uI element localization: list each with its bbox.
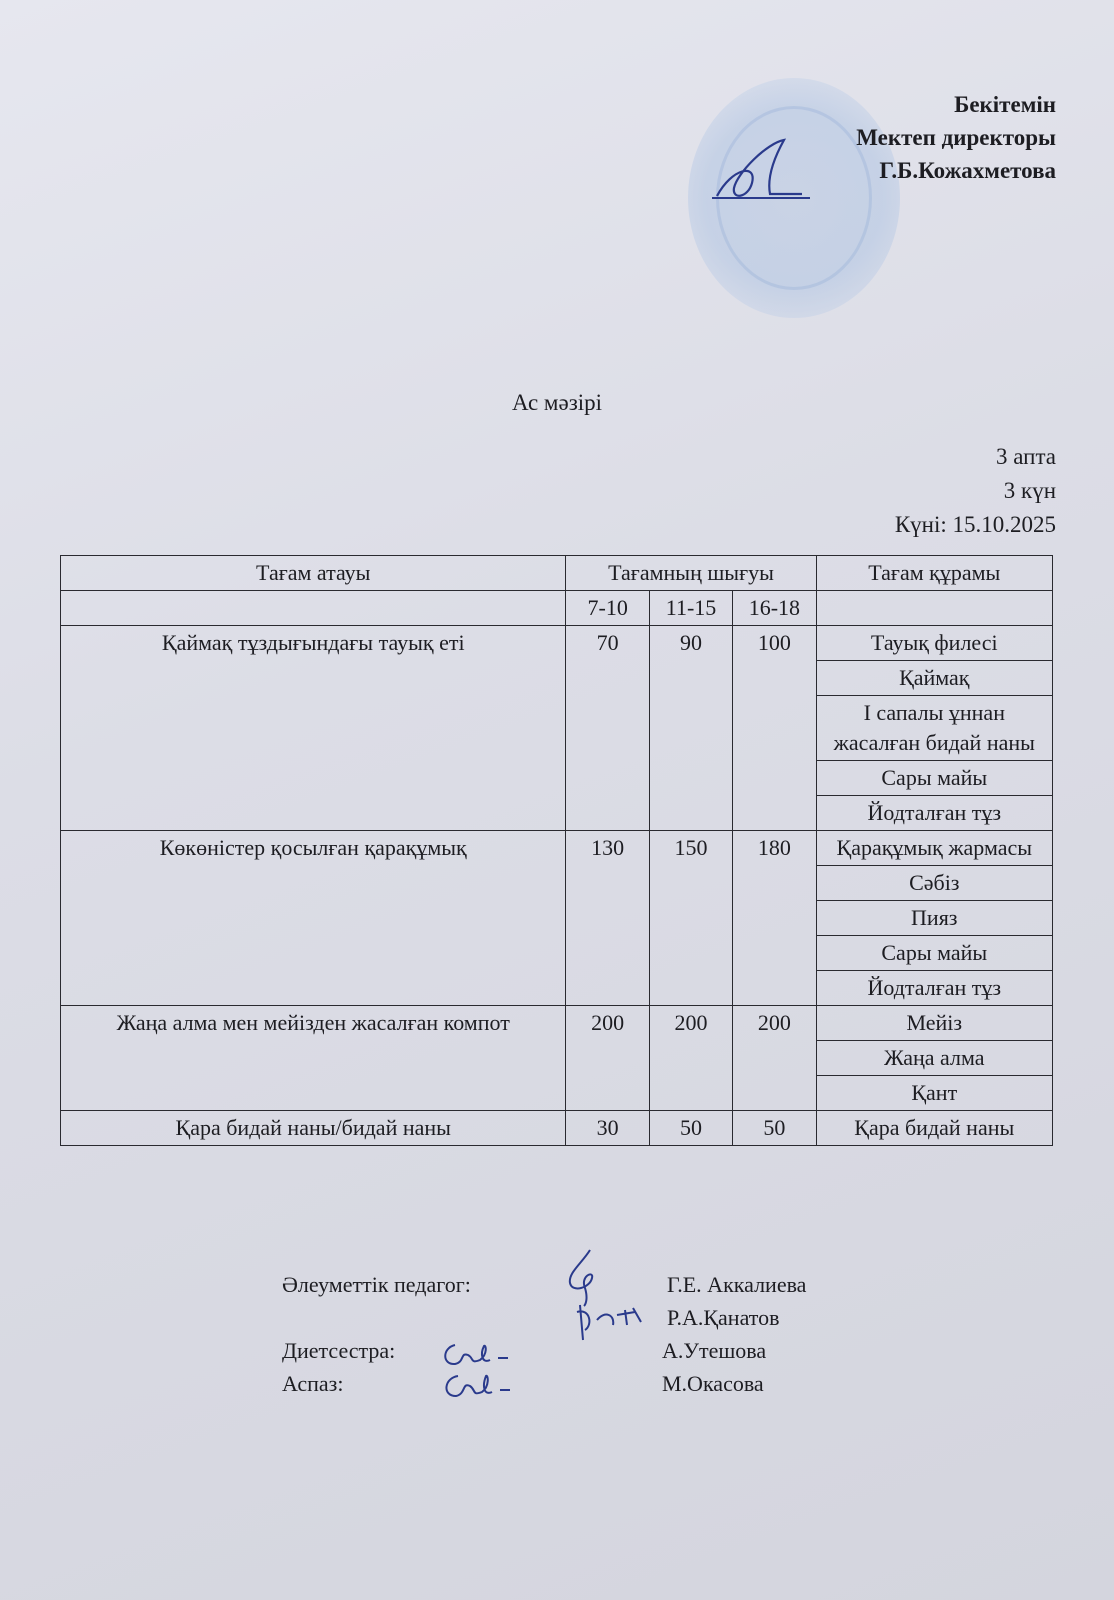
- age-group: 16-18: [733, 591, 816, 626]
- table-row: Жаңа алма мен мейізден жасалған компот20…: [61, 1006, 1053, 1041]
- header-dish-name: Тағам атауы: [61, 556, 566, 591]
- signatory-role: Әлеуметтік педагог:: [282, 1268, 471, 1301]
- portion-value: 200: [733, 1006, 816, 1111]
- age-group: 7-10: [566, 591, 649, 626]
- ingredient: Жаңа алма: [816, 1041, 1052, 1076]
- portion-value: 150: [649, 831, 732, 1006]
- portion-value: 100: [733, 626, 816, 831]
- signatory-role: Аспаз:: [282, 1367, 343, 1400]
- portion-value: 50: [649, 1111, 732, 1146]
- dietsister-signature: [440, 1340, 520, 1370]
- portion-value: 90: [649, 626, 732, 831]
- date-label: Күні: 15.10.2025: [895, 508, 1056, 542]
- ingredient: Қаймақ: [816, 661, 1052, 696]
- signatory-name: М.Окасова: [662, 1367, 764, 1400]
- approval-block: Бекітемін Мектеп директоры Г.Б.Кожахмето…: [856, 88, 1056, 187]
- signatory-role: Диетсестра:: [282, 1334, 395, 1367]
- dish-name: Көкөністер қосылған қарақұмық: [61, 831, 566, 1006]
- table-row: Қара бидай наны/бидай наны305050Қара бид…: [61, 1111, 1053, 1146]
- menu-meta: 3 апта 3 күн Күні: 15.10.2025: [895, 440, 1056, 542]
- ingredient: Йодталған тұз: [816, 796, 1052, 831]
- dish-name: Жаңа алма мен мейізден жасалған компот: [61, 1006, 566, 1111]
- approval-heading: Бекітемін: [856, 88, 1056, 121]
- ingredient: Сары майы: [816, 936, 1052, 971]
- cook-signature: [440, 1372, 520, 1402]
- portion-value: 180: [733, 831, 816, 1006]
- table-row: Көкөністер қосылған қарақұмық130150180Қа…: [61, 831, 1053, 866]
- signatory-name: Р.А.Қанатов: [667, 1301, 780, 1334]
- ingredient: Йодталған тұз: [816, 971, 1052, 1006]
- week-label: 3 апта: [895, 440, 1056, 474]
- portion-value: 200: [649, 1006, 732, 1111]
- ingredient: Қант: [816, 1076, 1052, 1111]
- ingredient: Пияз: [816, 901, 1052, 936]
- ingredient: Сары майы: [816, 761, 1052, 796]
- signatory-name: Г.Е. Аккалиева: [667, 1268, 806, 1301]
- signatory-name: А.Утешова: [662, 1334, 766, 1367]
- header-empty: [816, 591, 1052, 626]
- ingredient: Тауық филесі: [816, 626, 1052, 661]
- kanatov-signature: [575, 1300, 645, 1350]
- document-title: Ас мәзірі: [0, 390, 1114, 416]
- portion-value: 200: [566, 1006, 649, 1111]
- dish-name: Қара бидай наны/бидай наны: [61, 1111, 566, 1146]
- social-pedagog-signature: [560, 1248, 610, 1308]
- approval-position: Мектеп директоры: [856, 121, 1056, 154]
- table-age-row: 7-10 11-15 16-18: [61, 591, 1053, 626]
- ingredient: Қара бидай наны: [816, 1111, 1052, 1146]
- menu-table: Тағам атауы Тағамның шығуы Тағам құрамы …: [60, 555, 1053, 1146]
- table-header-row: Тағам атауы Тағамның шығуы Тағам құрамы: [61, 556, 1053, 591]
- portion-value: 50: [733, 1111, 816, 1146]
- ingredient: Мейіз: [816, 1006, 1052, 1041]
- table-row: Қаймақ тұздығындағы тауық еті7090100Тауы…: [61, 626, 1053, 661]
- day-label: 3 күн: [895, 474, 1056, 508]
- header-output: Тағамның шығуы: [566, 556, 816, 591]
- portion-value: 30: [566, 1111, 649, 1146]
- portion-value: 130: [566, 831, 649, 1006]
- dish-name: Қаймақ тұздығындағы тауық еті: [61, 626, 566, 831]
- header-empty: [61, 591, 566, 626]
- header-composition: Тағам құрамы: [816, 556, 1052, 591]
- director-signature: [712, 138, 822, 208]
- ingredient: І сапалы ұннан жасалған бидай наны: [816, 696, 1052, 761]
- approval-name: Г.Б.Кожахметова: [856, 154, 1056, 187]
- ingredient: Қарақұмық жармасы: [816, 831, 1052, 866]
- ingredient: Сәбіз: [816, 866, 1052, 901]
- age-group: 11-15: [649, 591, 732, 626]
- portion-value: 70: [566, 626, 649, 831]
